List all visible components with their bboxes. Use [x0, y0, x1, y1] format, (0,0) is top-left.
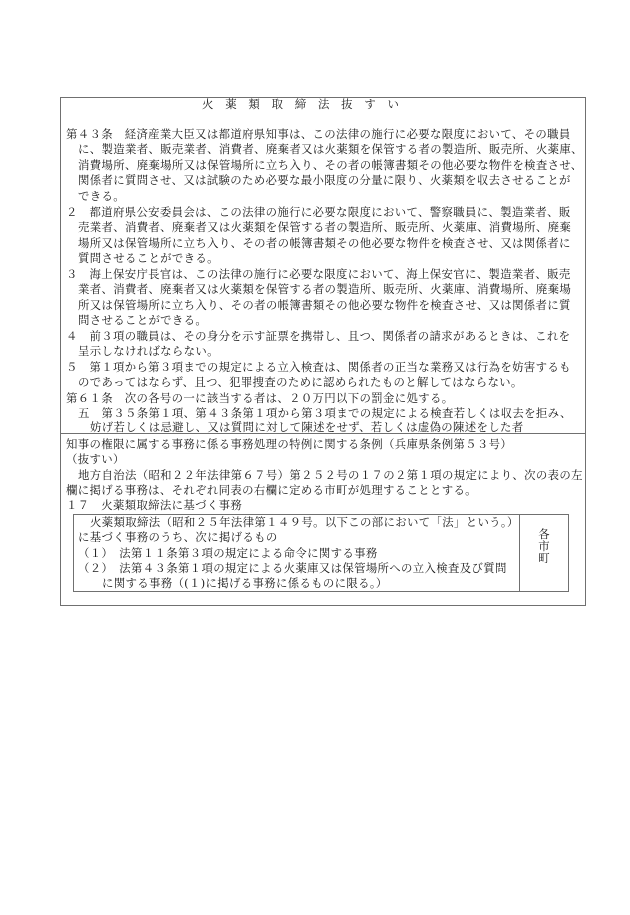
paragraph-3-line: 問させることができる。 [78, 313, 207, 328]
table-column-divider [519, 514, 520, 592]
table-left-line: 火薬類取締法（昭和２５年法律第１４９号。以下この部において「法」という。） [90, 515, 519, 530]
paragraph-3-line: 業者、消費者、廃棄者又は火薬類を保管する者の製造所、販売所、火薬庫、消費場所、廃… [78, 282, 571, 297]
ordinance-title: 知事の権限に属する事務に係る事務処理の特例に関する条例（兵庫県条例第５３号） [66, 437, 512, 452]
table-left-line: に関する事務（(１)に掲げる事務に係るものに限る。） [102, 576, 388, 591]
article-61-item-line: 五 第３５条第１項、第４３条第１項から第３項までの規定による検査若しくは収去を拒… [78, 406, 572, 421]
paragraph-2-line: 売業者、消費者、廃棄者又は火薬類を保管する者の製造所、販売所、火薬庫、消費場所、… [78, 220, 571, 235]
paragraph-4-line: 呈示しなければならない。 [78, 344, 219, 359]
article-43-line: 第４３条 経済産業大臣又は都道府県知事は、この法律の施行に必要な限度において、そ… [66, 127, 571, 142]
paragraph-4-line: ４ 前３項の職員は、その身分を示す証票を携帯し、且つ、関係者の請求があるときは、… [66, 329, 570, 344]
paragraph-5-line: ５ 第１項から第３項までの規定による立入検査は、関係者の正当な業務又は行為を妨害… [66, 360, 571, 375]
section-heading: １７ 火薬類取締法に基づく事務 [66, 498, 242, 513]
article-43-line: 消費場所、廃棄場所又は保管場所に立ち入り、その者の帳簿書類その他必要な物件を検査… [78, 158, 583, 173]
article-61-line: 第６１条 次の各号の一に該当する者は、２０万円以下の罰金に処する。 [66, 391, 453, 406]
ordinance-body-line: 地方自治法（昭和２２年法律第６７号）第２５２号の１７の２第１項の規定により、次の… [78, 468, 583, 483]
table-left-line: （２） 法第４３条第１項の規定による火薬庫又は保管場所への立入検査及び質問 [78, 561, 507, 576]
article-43-line: できる。 [78, 189, 125, 204]
article-43-line: 関係者に質問させ、又は試験のため必要な最小限度の分量に限り、火薬類を収去させるこ… [78, 173, 571, 188]
paragraph-3-line: ３ 海上保安庁長官は、この法律の施行に必要な限度において、海上保安官に、製造業者… [66, 267, 571, 282]
document-title: 火薬類取締法抜すい [60, 97, 586, 112]
article-43-line: に、製造業者、販売業者、消費者、廃棄者又は火薬類を保管する者の製造所、販売所、火… [78, 142, 583, 157]
paragraph-2-line: ２ 都道府県公安委員会は、この法律の施行に必要な限度において、警察職員に、製造業… [66, 205, 571, 220]
table-right-cell: 各 市 町 [537, 528, 551, 564]
paragraph-2-line: 質問させることができる。 [78, 251, 219, 266]
document-page: 火薬類取締法抜すい 第４３条 経済産業大臣又は都道府県知事は、この法律の施行に必… [0, 0, 630, 915]
paragraph-2-line: 場所又は保管場所に立ち入り、その者の帳簿書類その他必要な物件を検査させ、又は関係… [78, 236, 571, 251]
table-left-line: に基づく事務のうち、次に掲げるもの [78, 530, 278, 545]
right-cell-char: 町 [537, 552, 551, 564]
table-left-line: （１） 法第１１条第３項の規定による命令に関する事務 [78, 546, 378, 561]
paragraph-5-line: のであってはならず、且つ、犯罪捜査のために認められたものと解してはならない。 [78, 375, 523, 390]
article-61-item-line: 妨げ若しくは忌避し、又は質問に対して陳述をせず、若しくは虚偽の陳述をした者 [90, 420, 524, 435]
ordinance-excerpt-note: （抜すい） [66, 452, 125, 467]
ordinance-body-line: 欄に掲げる事務は、それぞれ同表の右欄に定める市町が処理することとする。 [66, 483, 477, 498]
paragraph-3-line: 所又は保管場所に立ち入り、その者の帳簿書類その他必要な物件を検査させ、又は関係者… [78, 298, 571, 313]
